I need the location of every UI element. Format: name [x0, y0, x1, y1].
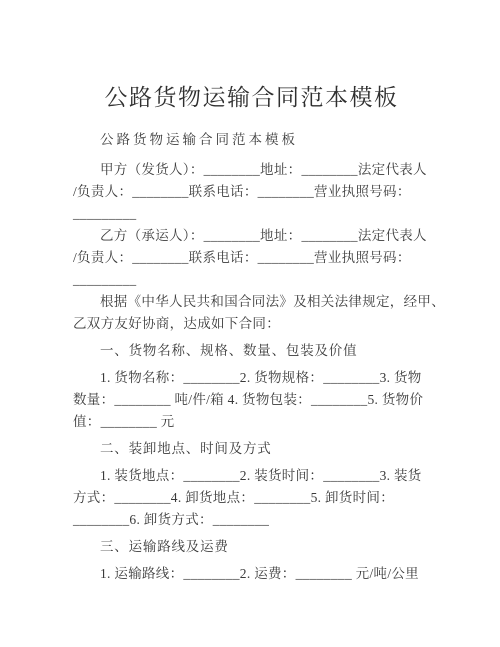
page-title: 公路货物运输合同范本模板: [73, 81, 430, 115]
party-b-line: /负责人：________联系电话：________营业执照号码：: [73, 247, 430, 269]
goods-line: 数量：________ 吨/件/箱 4. 货物包装：________5. 货物价: [73, 389, 430, 411]
party-a-line: /负责人：________联系电话：________营业执照号码：: [73, 181, 430, 203]
party-a-blank-line: _________: [73, 203, 430, 225]
loading-line: ________6. 卸货方式：________: [73, 509, 430, 531]
goods-line: 值：________ 元: [73, 411, 430, 433]
goods-paragraph: 1. 货物名称：________2. 货物规格：________3. 货物 数量…: [73, 367, 430, 433]
party-b-blank-line: _________: [73, 269, 430, 291]
preamble-line: 乙双方友好协商，达成如下合同：: [73, 313, 430, 335]
preamble-line: 根据《中华人民共和国合同法》及相关法律规定，经甲、: [73, 291, 430, 313]
party-a-line: 甲方（发货人）：________地址：________法定代表人: [73, 159, 430, 181]
section-2-heading: 二、装卸地点、时间及方式: [73, 438, 430, 460]
section-1-heading: 一、货物名称、规格、数量、包装及价值: [73, 340, 430, 362]
loading-line: 方式：________4. 卸货地点：________5. 卸货时间：: [73, 487, 430, 509]
contract-document-page: 公路货物运输合同范本模板 公路货物运输合同范本模板 甲方（发货人）：______…: [0, 0, 500, 647]
route-line: 1. 运输路线：________2. 运费：________ 元/吨/公里: [73, 563, 430, 585]
loading-line: 1. 装货地点：________2. 装货时间：________3. 装货: [73, 465, 430, 487]
goods-line: 1. 货物名称：________2. 货物规格：________3. 货物: [73, 367, 430, 389]
section-3-heading: 三、运输路线及运费: [73, 536, 430, 558]
document-subtitle: 公路货物运输合同范本模板: [73, 129, 430, 151]
party-b-paragraph: 乙方（承运人）：________地址：________法定代表人 /负责人：__…: [73, 225, 430, 291]
route-paragraph: 1. 运输路线：________2. 运费：________ 元/吨/公里: [73, 563, 430, 585]
party-b-line: 乙方（承运人）：________地址：________法定代表人: [73, 225, 430, 247]
loading-paragraph: 1. 装货地点：________2. 装货时间：________3. 装货 方式…: [73, 465, 430, 531]
party-a-paragraph: 甲方（发货人）：________地址：________法定代表人 /负责人：__…: [73, 159, 430, 225]
preamble-paragraph: 根据《中华人民共和国合同法》及相关法律规定，经甲、 乙双方友好协商，达成如下合同…: [73, 291, 430, 335]
